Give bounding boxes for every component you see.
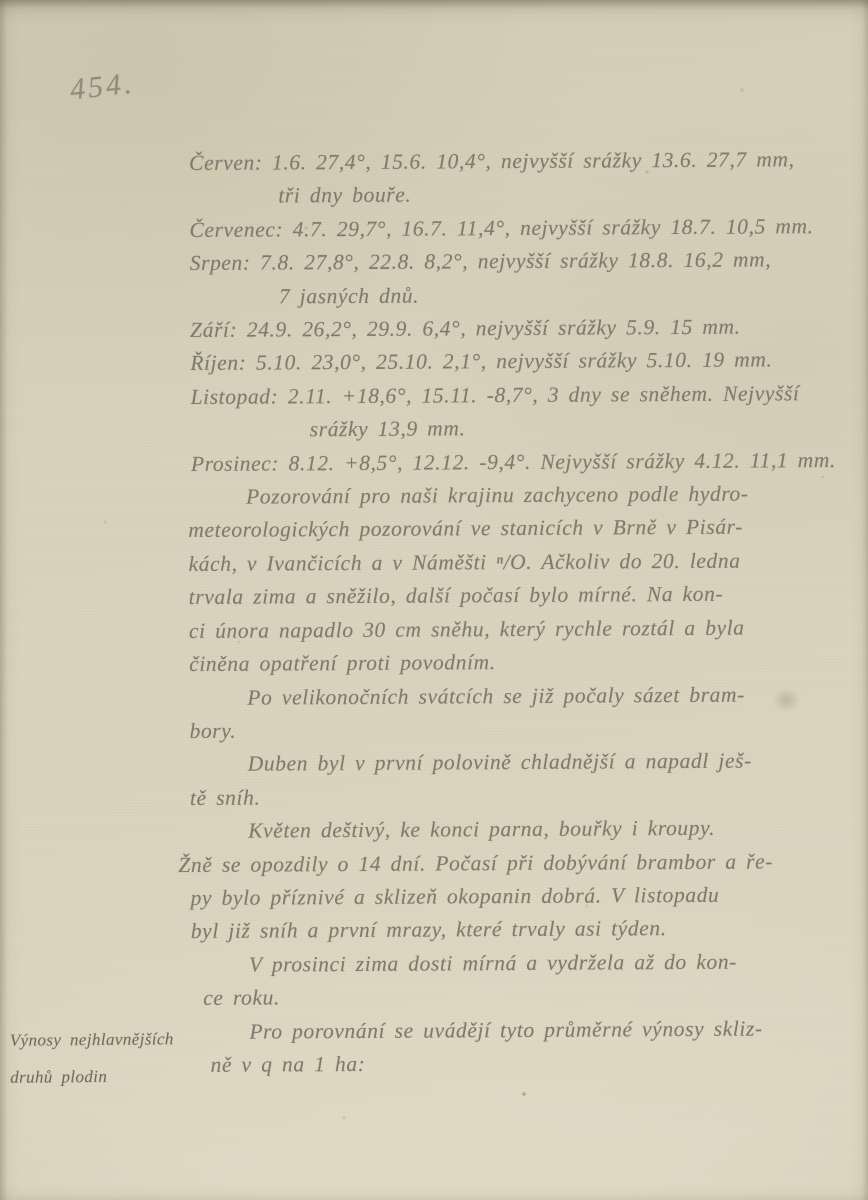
text-line: tě sníh. (190, 778, 862, 816)
text-line: Pro porovnání se uvádějí tyto průměrné v… (191, 1011, 863, 1049)
text-line-july: Červenec: 4.7. 29,7°, 16.7. 11,4°, nejvy… (186, 210, 858, 248)
text-line: byl již sníh a první mrazy, které trvaly… (191, 911, 863, 949)
text-line: meteorologických pozorování ve stanicích… (188, 510, 860, 548)
text-line-october: Říjen: 5.10. 23,0°, 25.10. 2,1°, nejvyšš… (187, 343, 859, 381)
manuscript-page: 454. Červen: 1.6. 27,4°, 15.6. 10,4°, ne… (0, 0, 868, 1200)
text-line: kách, v Ivančicích a v Náměšti ⁿ/O. Ačko… (188, 544, 860, 582)
text-line: ce roku. (191, 978, 863, 1016)
text-line: Květen deštivý, ke konci parna, bouřky i… (190, 811, 862, 849)
text-line: Žně se opozdily o 14 dní. Počasí při dob… (178, 844, 862, 882)
text-line-august-cont: 7 jasných dnů. (187, 277, 859, 315)
text-line: činěna opatření proti povodním. (189, 644, 861, 682)
text-line-june: Červen: 1.6. 27,4°, 15.6. 10,4°, nejvyšš… (186, 143, 858, 181)
text-line: Duben byl v první polovině chladnější a … (190, 744, 862, 782)
text-line: ně v q na 1 ha: (192, 1045, 864, 1083)
text-line-september: Září: 24.9. 26,2°, 29.9. 6,4°, nejvyšší … (187, 310, 859, 348)
text-line: py bylo příznivé a sklizeň okopanin dobr… (190, 878, 862, 916)
text-line: Po velikonočních svátcích se již počaly … (189, 677, 861, 715)
paper-specks (0, 0, 2, 2)
margin-note-line-2: druhů plodin (10, 1057, 190, 1096)
text-line-november-cont: srážky 13,9 mm. (188, 410, 860, 448)
margin-note: Výnosy nejhlavnějších druhů plodin (10, 1020, 191, 1096)
text-line-august: Srpen: 7.8. 27,8°, 22.8. 8,2°, nejvyšší … (187, 243, 859, 281)
text-line: ci února napadlo 30 cm sněhu, který rych… (189, 611, 861, 649)
text-line-december: Prosinec: 8.12. +8,5°, 12.12. -9,4°. Nej… (188, 444, 860, 482)
paper-stain (772, 688, 800, 712)
text-line: bory. (189, 711, 861, 749)
margin-note-line-1: Výnosy nejhlavnějších (10, 1020, 190, 1059)
text-line-june-cont: tři dny bouře. (186, 176, 858, 214)
text-line: V prosinci zima dosti mírná a vydržela a… (191, 945, 863, 983)
page-number: 454. (68, 67, 136, 108)
text-line: Pozorování pro naši krajinu zachyceno po… (188, 477, 860, 515)
manuscript-text: Červen: 1.6. 27,4°, 15.6. 10,4°, nejvyšš… (186, 143, 864, 1082)
text-line: trvala zima a sněžilo, další počasí bylo… (189, 577, 861, 615)
text-line-november: Listopad: 2.11. +18,6°, 15.11. -8,7°, 3 … (187, 377, 859, 415)
